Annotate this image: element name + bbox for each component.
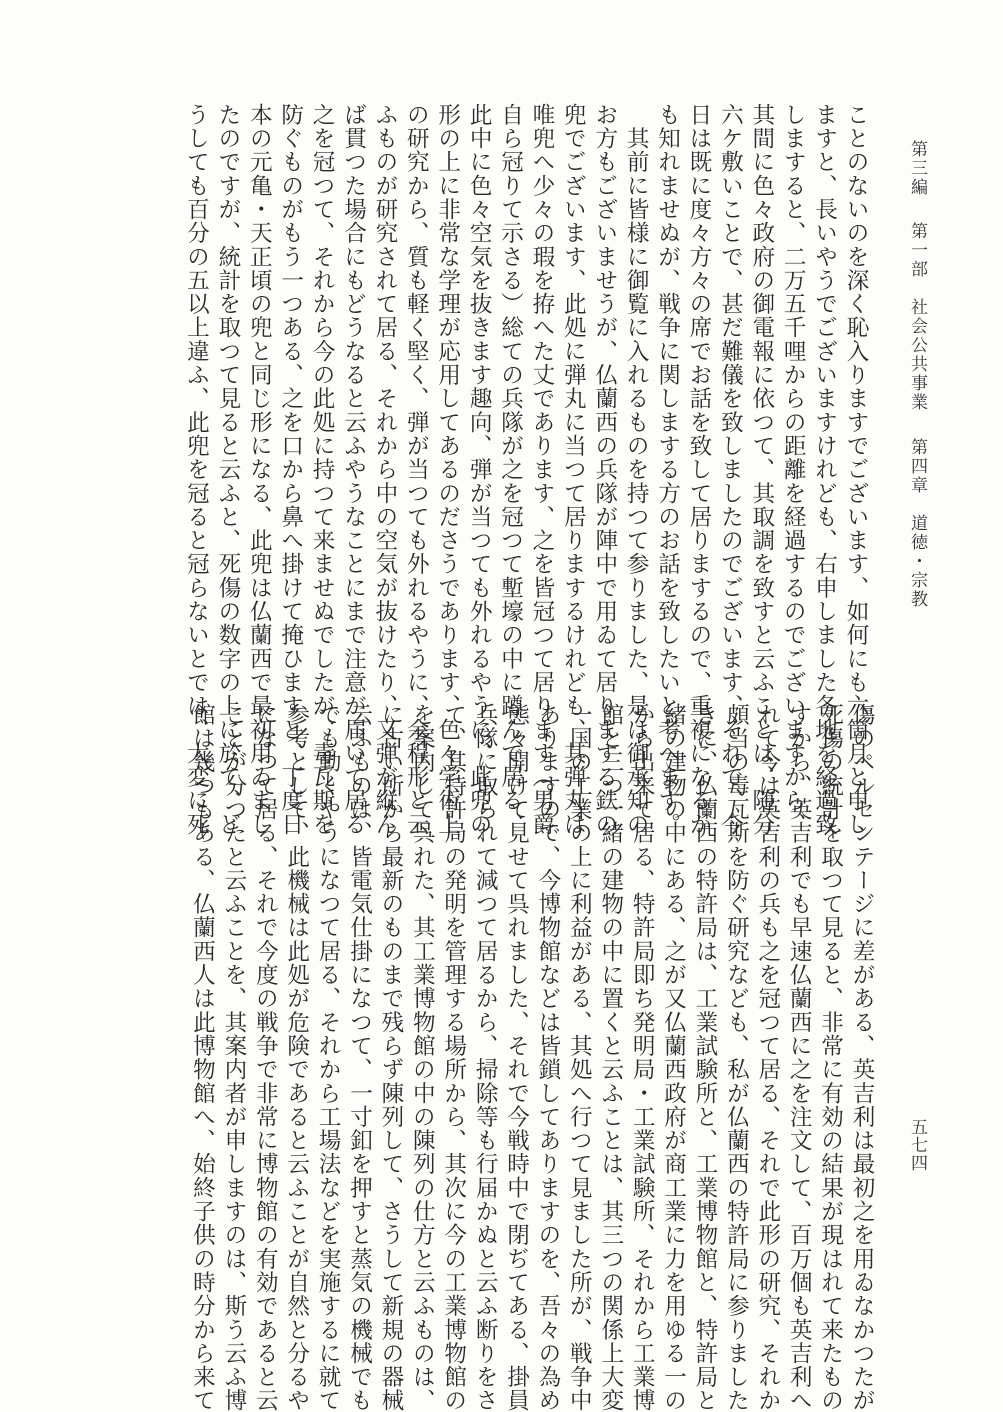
text-column: 唯兜へ少々の瑕を拵へた丈であります、之を皆冠つて居ります（男爵 <box>526 103 557 693</box>
text-column: に古い所から最新のものまで残らず陳列して、さうして新規の器械と <box>375 703 406 1303</box>
text-column: て、其特許局の発明を管理する場所から、其次に今の工業博物館の方 <box>437 703 468 1303</box>
text-column: 其間に色々政府の御電報に依つて、其取調を致すと云ふことは、随分 <box>745 103 776 693</box>
text-column: 頗当の毒瓦斯を防ぐ研究なども、私が仏蘭西の特許局に参りましたと <box>720 703 751 1303</box>
text-column: ますと、長いやうでございますけれども、右申しました各地を経過致 <box>808 103 839 693</box>
text-column: 其前に皆様に御覧に入れるものを持つて参りました、是は御承知の <box>620 103 651 693</box>
text-column: 館は幾つもある、仏蘭西人は此博物館へ、始終子供の時分から来て観 <box>186 703 217 1303</box>
text-column: ば貫つた場合にもどうなると云ふやうなことにまで注意が届いて居る <box>337 103 368 693</box>
text-column: 兵隊に取られて減つて居るから、掃除等も行届かぬと云ふ断りをされ <box>469 703 500 1303</box>
text-column: 死傷の統計を取つて見ると、非常に有効の結果が現はれて来たもので <box>814 703 845 1303</box>
text-column: れて今は英吉利の兵も之を冠つて居る、それで此形の研究、それから <box>751 703 782 1303</box>
running-head: 第三編 第一部 社会公共事業 第四章 道徳・宗教 <box>905 140 930 627</box>
text-column: 緒の建物の中にある、之が又仏蘭西政府が商工業に力を用ゆる一の考 <box>657 703 688 1303</box>
text-column: ことのないのを深く恥入りますでございます、如何にも六箇月と申し <box>840 103 871 693</box>
text-column: 傷のペルセンテージに差がある、英吉利は最初之を用ゐなかつたが、 <box>846 703 877 1303</box>
text-column: しますると、二万五千哩からの距離を経過するのでございますから、 <box>777 103 808 693</box>
running-head-section: 第一部 社会公共事業 <box>907 222 927 412</box>
text-column: 日は既に度々方々の席でお話を致して居りまするので、重複になるか <box>683 103 714 693</box>
text-block-upper: ことのないのを深く恥入りますでございます、如何にも六箇月と申し ますと、長いやう… <box>180 103 871 693</box>
text-column: も知れませぬが、戦争に関しまする方のお話を致したいと考へます。 <box>651 103 682 693</box>
text-column: ありますので、今博物館などは皆鎖してありますのを、吾々の為めに <box>532 703 563 1303</box>
text-column: お方もございませうが、仏蘭西の兵隊が陣中で用ゐて居りまする鉄の <box>588 103 619 693</box>
text-column: 館と三つ一緒の建物の中に置くと云ふことは、其三つの関係上大変に <box>594 703 625 1303</box>
text-column: ふものが研究されて居る、それから中の空気が抜けたり、又弾が縦ん <box>369 103 400 693</box>
text-column: 六ケ敷いことで、甚だ難儀を致しましたのでございます、それで、今 <box>714 103 745 693</box>
page-number: 五七四 <box>905 1118 930 1172</box>
text-column: 之を冠つて、それから今の此処に持つて来ませぬでしたが、毒瓦斯を <box>306 103 337 693</box>
text-column: 兜でございます、此処に弾丸に当つて居りまするけれども、其弾丸は <box>557 103 588 693</box>
text-column: ことが分つたと云ふことを、其案内者が申しますのは、斯う云ふ博物 <box>217 703 248 1303</box>
text-column: 云ふものは、皆電気仕掛になつて、一寸釦を押すと蒸気の機械でも何 <box>343 703 374 1303</box>
text-block-lower: 傷のペルセンテージに差がある、英吉利は最初之を用ゐなかつたが、 死傷の統計を取つ… <box>186 703 877 1303</box>
text-column: うしても百分の五以上違ふ、此兜を冠ると冠らないとでは、大変に死 <box>180 103 211 693</box>
running-head-chapter: 第四章 道徳・宗教 <box>907 438 927 609</box>
text-column: 防ぐものがもう一つある、之を口から鼻へ掛けて掩ひますと、丁度日 <box>274 103 305 693</box>
text-column: 自ら冠りて示さる）総ての兵隊が之を冠つて塹壕の中に蹲んで居る、 <box>494 103 525 693</box>
text-column: 態々開けて見せて呉れました、それで今戦時中で閉ぢてある、掛員も <box>500 703 531 1303</box>
text-column: すから、英吉利でも早速仏蘭西に之を注文して、百万個も英吉利へ入 <box>783 703 814 1303</box>
text-column: の研究から、質も軽く堅く、弾が当つても外れるやうに、余程形と云 <box>400 103 431 693</box>
text-column: 本の元亀・天正頃の兜と同じ形になる、此兜は仏蘭西で最初用ゐまし <box>243 103 274 693</box>
text-column: から出来て居る、特許局即ち発明局・工業試験所、それから工業博物 <box>626 703 657 1303</box>
text-column: 形の上に非常な学理が応用してあるのださうであります、色々学術上 <box>431 103 462 693</box>
text-column: になつて居る、それで今度の戦争で非常に博物館の有効であると云ふ <box>249 703 280 1303</box>
running-head-part: 第三編 <box>907 140 927 197</box>
text-column: 参考として、此機械は此処が危険であると云ふことが自然と分るやう <box>280 703 311 1303</box>
text-column: でも動くやうになつて居る、それから工場法などを実施するに就ての <box>312 703 343 1303</box>
text-column: 一国の工業の上に利益がある、其処へ行つて見ました所が、戦争中で <box>563 703 594 1303</box>
text-column: きに、仏蘭西の特許局は、工業試験所と、工業博物館と、特許局と一 <box>689 703 720 1303</box>
text-column: 此中に色々空気を抜きます趣向、弾が当つても外れるやうに、此兜の <box>463 103 494 693</box>
text-column: を案内して呉れた、其工業博物館の中の陳列の仕方と云ふものは、実 <box>406 703 437 1303</box>
text-column: たのですが、統計を取つて見ると云ふと、死傷の数字の上に於て、ど <box>211 103 242 693</box>
